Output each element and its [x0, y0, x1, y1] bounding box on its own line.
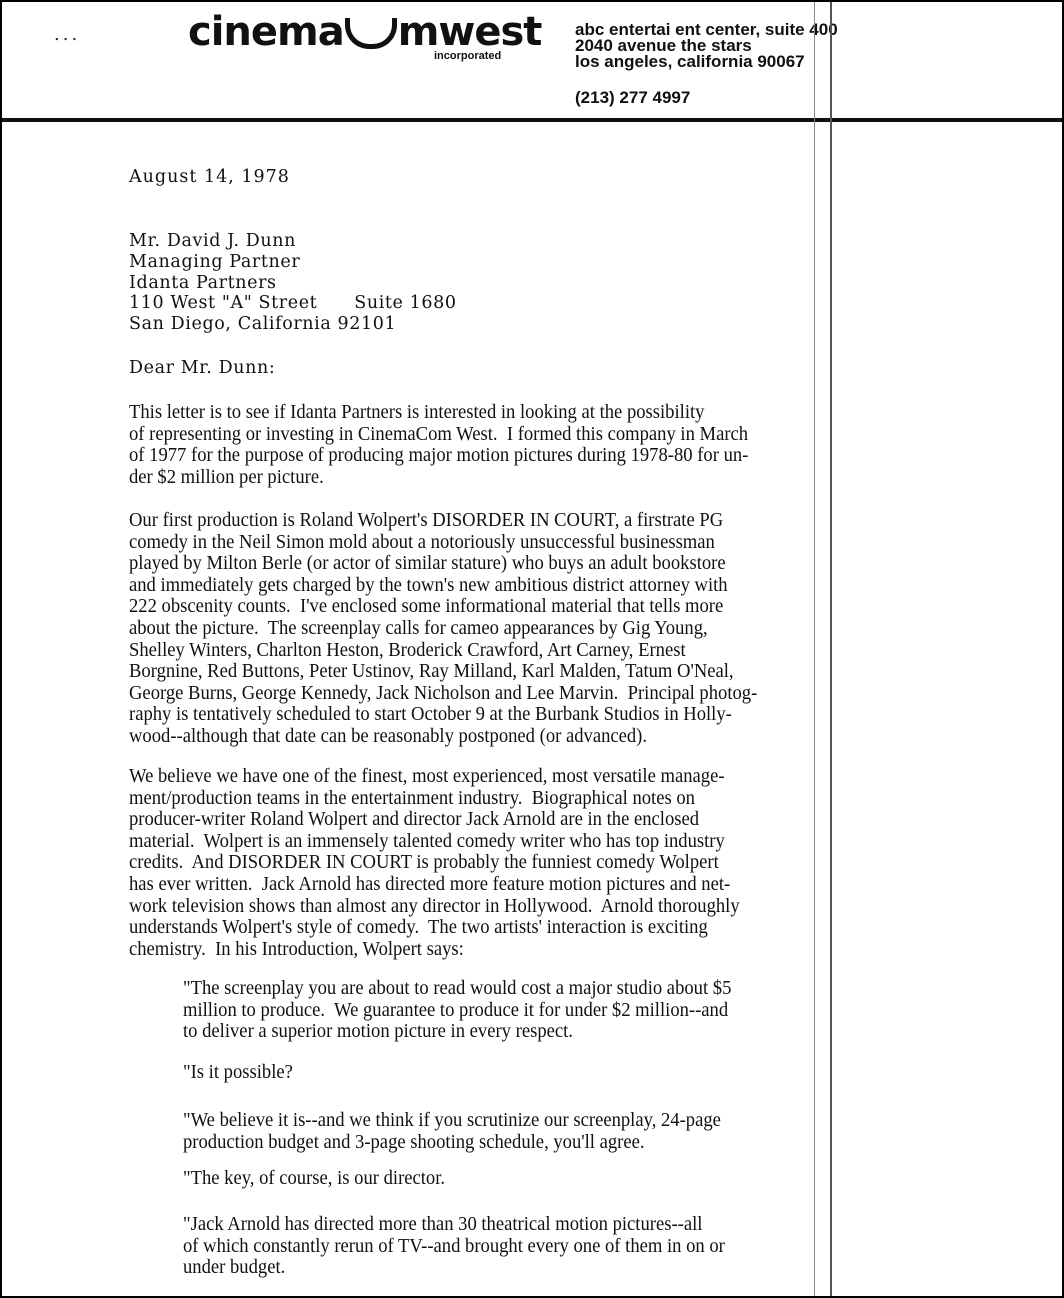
paragraph-line: of 1977 for the purpose of producing maj… — [129, 445, 748, 467]
logo-text-right: mwest — [398, 9, 542, 55]
paragraph-line: raphy is tentatively scheduled to start … — [129, 704, 757, 726]
quoted-paragraph: "The key, of course, is our director. — [183, 1168, 445, 1190]
paragraph-line: 222 obscenity counts. I've enclosed some… — [129, 596, 757, 618]
recipient-line: San Diego, California 92101 — [129, 314, 457, 335]
quote-line: under budget. — [183, 1257, 725, 1279]
quote-line: "The key, of course, is our director. — [183, 1168, 445, 1190]
recipient-line: Idanta Partners — [129, 273, 457, 294]
paragraph-line: We believe we have one of the finest, mo… — [129, 766, 740, 788]
body-paragraph: This letter is to see if Idanta Partners… — [129, 402, 748, 488]
letterhead-phone: (213) 277 4997 — [575, 88, 690, 108]
body-paragraph: Our first production is Roland Wolpert's… — [129, 510, 757, 748]
quoted-paragraph: "Jack Arnold has directed more than 30 t… — [183, 1214, 725, 1279]
recipient-line: 110 West "A" Street Suite 1680 — [129, 293, 457, 314]
quote-line: million to produce. We guarantee to prod… — [183, 1000, 731, 1022]
company-logo: cinemamwest — [188, 10, 541, 54]
body-paragraph: We believe we have one of the finest, mo… — [129, 766, 740, 960]
recipient-line: Managing Partner — [129, 252, 457, 273]
paragraph-line: of representing or investing in CinemaCo… — [129, 424, 748, 446]
paragraph-line: der $2 million per picture. — [129, 467, 748, 489]
scan-artifact-line — [830, 2, 832, 1296]
paragraph-line: wood--although that date can be reasonab… — [129, 726, 757, 748]
recipient-block: Mr. David J. Dunn Managing Partner Idant… — [129, 231, 457, 335]
paragraph-line: work television shows than almost any di… — [129, 896, 740, 918]
paragraph-line: chemistry. In his Introduction, Wolpert … — [129, 939, 740, 961]
letterhead-address: abc entertai ent center, suite 400 2040 … — [575, 22, 838, 70]
salutation: Dear Mr. Dunn: — [129, 358, 275, 378]
logo-swoosh-icon — [345, 18, 397, 49]
quote-line: "Is it possible? — [183, 1062, 293, 1084]
paragraph-line: comedy in the Neil Simon mold about a no… — [129, 532, 757, 554]
paragraph-line: George Burns, George Kennedy, Jack Nicho… — [129, 683, 757, 705]
paragraph-line: has ever written. Jack Arnold has direct… — [129, 874, 740, 896]
corner-mark: ... — [54, 24, 80, 45]
quoted-paragraph: "Is it possible? — [183, 1062, 293, 1084]
paragraph-line: and immediately gets charged by the town… — [129, 575, 757, 597]
quote-line: "Jack Arnold has directed more than 30 t… — [183, 1214, 725, 1236]
paragraph-line: This letter is to see if Idanta Partners… — [129, 402, 748, 424]
letterhead-divider — [2, 118, 1062, 122]
recipient-line: Mr. David J. Dunn — [129, 231, 457, 252]
paragraph-line: ment/production teams in the entertainme… — [129, 788, 740, 810]
paragraph-line: Our first production is Roland Wolpert's… — [129, 510, 757, 532]
paragraph-line: Borgnine, Red Buttons, Peter Ustinov, Ra… — [129, 661, 757, 683]
quote-line: production budget and 3-page shooting sc… — [183, 1132, 721, 1154]
paragraph-line: material. Wolpert is an immensely talent… — [129, 831, 740, 853]
letter-page: ... cinemamwest incorporated abc enterta… — [0, 0, 1064, 1298]
quote-line: "We believe it is--and we think if you s… — [183, 1110, 721, 1132]
scan-artifact-line — [814, 2, 815, 1296]
paragraph-line: Shelley Winters, Charlton Heston, Broder… — [129, 640, 757, 662]
paragraph-line: producer-writer Roland Wolpert and direc… — [129, 809, 740, 831]
paragraph-line: credits. And DISORDER IN COURT is probab… — [129, 852, 740, 874]
logo-subtitle: incorporated — [434, 50, 501, 62]
letter-date: August 14, 1978 — [129, 167, 290, 187]
logo-text-left: cinema — [188, 9, 344, 55]
quote-line: "The screenplay you are about to read wo… — [183, 978, 731, 1000]
paragraph-line: about the picture. The screenplay calls … — [129, 618, 757, 640]
paragraph-line: played by Milton Berle (or actor of simi… — [129, 553, 757, 575]
quote-line: to deliver a superior motion picture in … — [183, 1021, 731, 1043]
quote-line: of which constantly rerun of TV--and bro… — [183, 1236, 725, 1258]
quoted-paragraph: "We believe it is--and we think if you s… — [183, 1110, 721, 1153]
paragraph-line: understands Wolpert's style of comedy. T… — [129, 917, 740, 939]
quoted-paragraph: "The screenplay you are about to read wo… — [183, 978, 731, 1043]
address-line: los angeles, california 90067 — [575, 54, 838, 70]
